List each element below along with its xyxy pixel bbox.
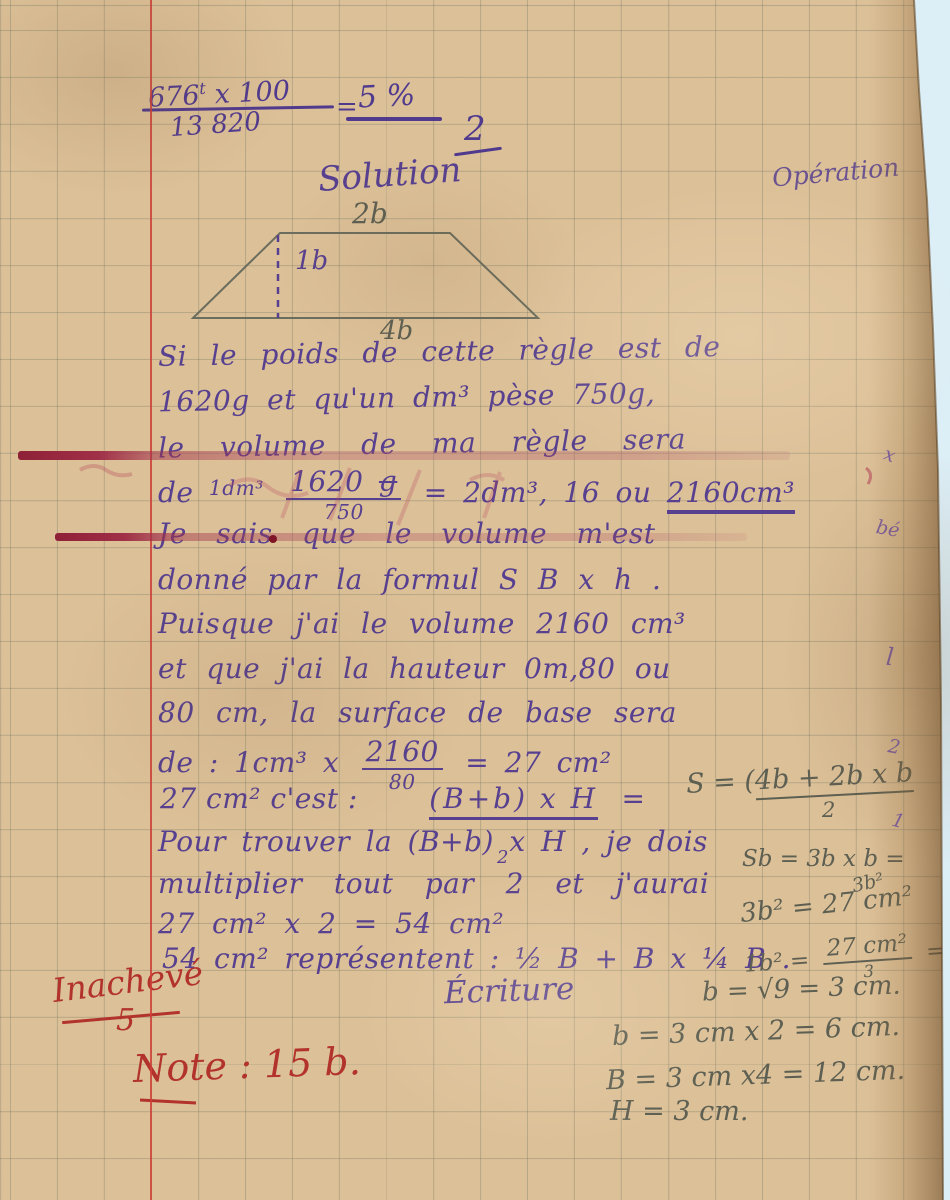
red-bleed-scribbles: [0, 0, 950, 1200]
edge-bleed-mark-2: bé: [875, 518, 901, 541]
scanner-background-sliver: [900, 0, 950, 1200]
notebook-page: 676t x 100 13 820 = 5 % 2 Solution Opéra…: [0, 0, 950, 1200]
